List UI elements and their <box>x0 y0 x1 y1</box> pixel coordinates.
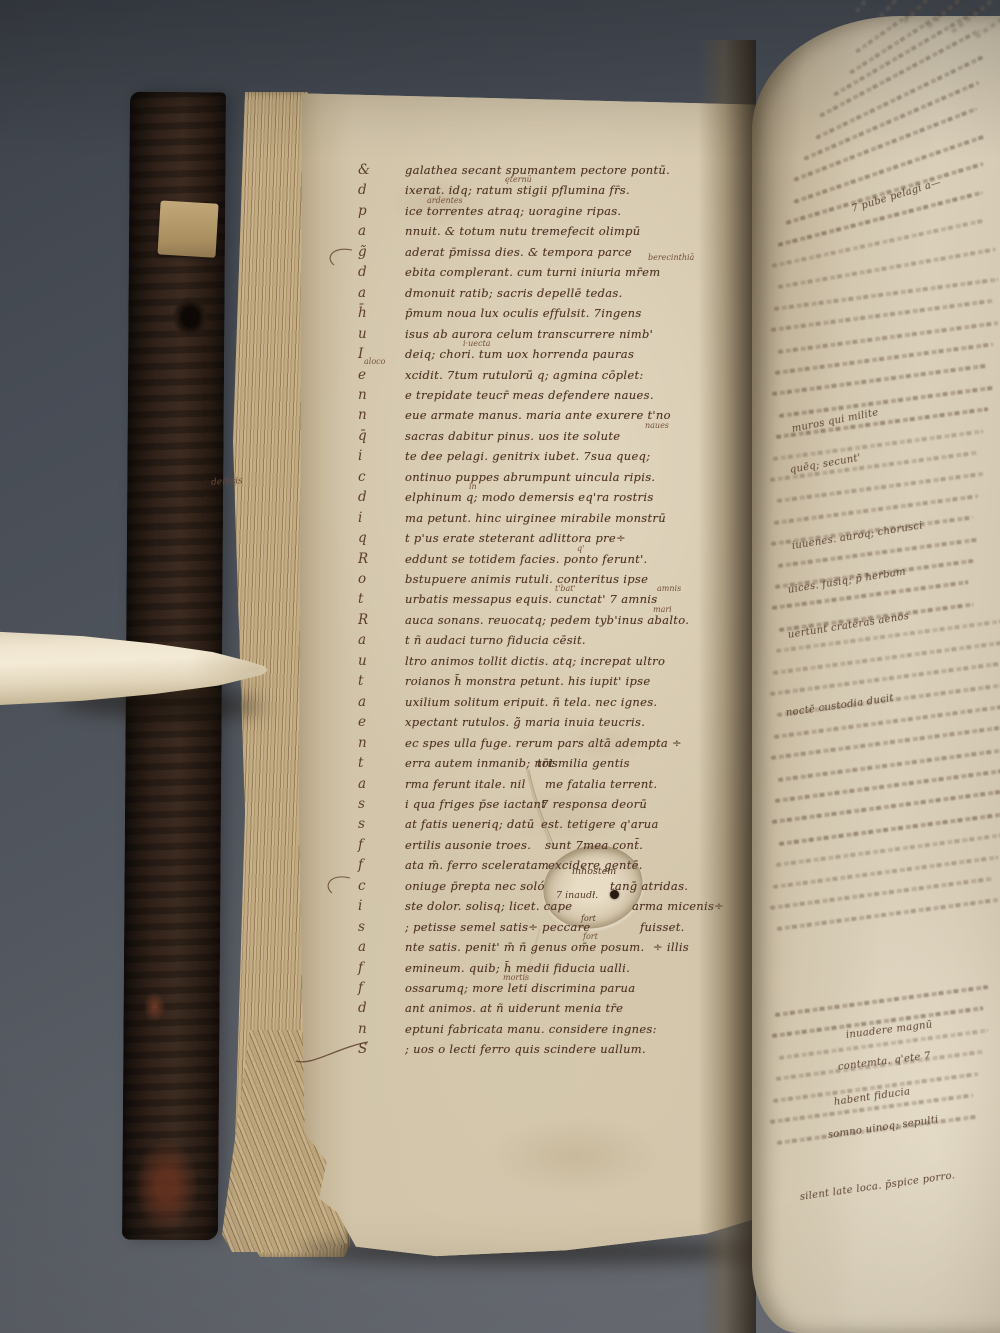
verse-initial: a <box>358 223 404 239</box>
interlinear-gloss: naues <box>645 421 669 430</box>
verse-text: ice torrentes atraq; uoragine ripas. <box>405 204 621 218</box>
verse-initial: i <box>358 448 404 464</box>
verse-text: ontinuo puppes abrumpunt uincula ripis. <box>405 470 655 484</box>
verse-text: deiq; chori. tum uox horrenda pauras <box>405 347 634 361</box>
verse-text-after-flaw: fuisset. <box>640 920 685 934</box>
verse-initial: n <box>358 1021 404 1037</box>
verse-text: ata m̄. ferro sceleratam <box>405 858 549 872</box>
verse-initial: c <box>358 469 404 485</box>
verse-initial: S <box>358 1041 404 1057</box>
verse-initial: d <box>358 264 404 280</box>
manuscript-photo: &galathea secant spumantem pectore pontū… <box>0 0 1000 1333</box>
verse-text: nnuit. & totum nutu tremefecit olimpū <box>405 224 641 238</box>
verse-text-after-flaw: ÷ illis <box>653 940 689 954</box>
verse-initial: a <box>358 939 404 955</box>
leather-remnant <box>134 1140 199 1232</box>
verse-initial: i <box>358 510 404 526</box>
verse-text: rma ferunt itale. nil <box>405 777 526 791</box>
verse-initial: t <box>358 673 404 689</box>
verse-text-after-flaw: me fatalia terrent. <box>545 777 657 791</box>
verse-initial: s <box>358 919 404 935</box>
verse-text: ; petisse semel satis÷ peccare <box>405 920 590 934</box>
verse-text: at fatis ueneriq; datū <box>405 817 534 831</box>
verse-text: ste dolor. solisq; licet. cape <box>405 899 572 913</box>
verse-text: bstupuere animis rutuli. conteritus ipse <box>405 572 648 586</box>
verse-initial: s <box>358 796 404 812</box>
verse-text: e trepidate teucr̄ meas defendere naues. <box>405 388 654 402</box>
verse-initial: R <box>358 612 404 628</box>
verse-text: ant animos. at ñ uiderunt menia tr̄e <box>405 1001 623 1015</box>
verse-text: uxilium solitum eripuit. ñ tela. nec ign… <box>405 695 657 709</box>
verse-initial: q <box>358 530 404 546</box>
verse-initial: o <box>358 571 404 587</box>
hole-gloss: inhostem <box>572 866 616 877</box>
verse-initial: & <box>358 162 404 178</box>
verse-initial: a <box>358 776 404 792</box>
verse-text: sacras dabitur pinus. uos ite solute <box>405 429 620 443</box>
verse-text: nte satis. penit' m̄ ñ genus om̄e posum. <box>405 940 644 954</box>
verse-initial: n <box>358 407 404 423</box>
interlinear-gloss: i·uecta <box>463 339 490 348</box>
verse-text: elphinum q; modo demersis eq'ra rostris <box>405 490 654 504</box>
verse-initial: f <box>358 857 404 873</box>
verse-text: urbatis messapus equis. cunctat' 7 amnis <box>405 592 657 606</box>
verse-text: t ñ audaci turno fiducia cēsit. <box>405 633 586 647</box>
interlinear-gloss: mortis <box>503 973 529 982</box>
verse-text: ; uos o lecti ferro quis scindere uallum… <box>405 1042 646 1056</box>
verse-initial: u <box>358 653 404 669</box>
spine-repair-patch <box>158 200 219 257</box>
interlinear-gloss: t'bat' <box>555 584 576 593</box>
verse-text: aderat p̄missa dies. & tempora parce <box>405 245 632 259</box>
verse-initial: n <box>358 387 404 403</box>
interlinear-gloss: berecinthiā <box>648 253 694 262</box>
verse-text: erra autem inmanib; nr̄is <box>405 756 558 770</box>
verse-initial: d <box>358 1000 404 1016</box>
verse-initial: f <box>358 837 404 853</box>
interlinear-gloss: mari <box>653 605 672 614</box>
verse-initial: t <box>358 591 404 607</box>
verse-text: te dee pelagi. genitrix iubet. 7sua queq… <box>405 449 650 463</box>
verse-initial: u <box>358 326 404 342</box>
hole-gloss: fort <box>581 914 596 923</box>
gutter-shadow <box>698 40 756 1333</box>
verse-text: ma petunt. hinc uirginee mirabile monstr… <box>405 511 666 525</box>
verse-initial: d <box>358 489 404 505</box>
verse-initial: a <box>358 694 404 710</box>
wormhole-dot <box>610 890 619 899</box>
verse-text-after-flaw: tot milia gentis <box>537 756 630 770</box>
verse-initial: R <box>358 551 404 567</box>
margin-note: dem̄sis <box>211 476 243 488</box>
verse-text: galathea secant spumantem pectore pontū. <box>405 163 670 177</box>
verse-text: ltro animos tollit dictis. atq; increpat… <box>405 654 665 668</box>
verse-text: xpectant rutulos. g̃ maria inuia teucris… <box>405 715 645 729</box>
verse-initial: f <box>358 980 404 996</box>
verse-initial: c <box>358 878 404 894</box>
interlinear-gloss: ęternū <box>505 175 532 184</box>
verse-initial: e <box>358 367 404 383</box>
verse-text: t p'us erate steterant adlittora pre÷ <box>405 531 626 545</box>
verse-text: xcidit. 7tum rutulorū q; agmina cōplet: <box>405 368 644 382</box>
verse-initial: f <box>358 960 404 976</box>
hole-gloss: 7 inaudł. <box>556 890 598 901</box>
verse-initial: h̄ <box>358 305 404 321</box>
interlinear-gloss: q' <box>577 544 584 553</box>
verse-text: roianos h̄ monstra petunt. his iupit' ip… <box>405 674 650 688</box>
verse-text: eue armate manus. maria ante exurere t'n… <box>405 408 671 422</box>
right-page-vellum <box>752 16 1000 1333</box>
interlinear-gloss: amnis <box>657 584 681 593</box>
verse-text: eddunt se totidem facies. ponto ferunt'. <box>405 552 648 566</box>
spine-wormhole <box>172 296 208 338</box>
verse-text: ossarumq; more leti discrimina parua <box>405 981 635 995</box>
verse-text-after-flaw: est. tetigere q'arua <box>541 817 659 831</box>
verse-text: dmonuit ratib; sacris depellē tedas. <box>405 286 623 300</box>
verse-initial: d <box>358 182 404 198</box>
interlinear-gloss: in <box>469 482 477 491</box>
verse-initial: a <box>358 285 404 301</box>
verse-text: ertilis ausonie troes. <box>405 838 531 852</box>
verse-text: eptuni fabricata manu. considere ingnes: <box>405 1022 657 1036</box>
verse-initial: n <box>358 735 404 751</box>
verse-initial: t <box>358 755 404 771</box>
verse-initial: g̃ <box>358 244 404 260</box>
verse-text-after-flaw: tanḡ atridas. <box>610 879 688 893</box>
verse-initial: p <box>358 203 404 219</box>
interlinear-gloss: ardentes <box>427 196 463 205</box>
verse-text-after-flaw: sunt 7mea cont̄. <box>545 838 643 852</box>
verse-initial: e <box>358 714 404 730</box>
verse-text-after-flaw: 7 responsa deorū <box>541 797 647 811</box>
verse-initial: s <box>358 816 404 832</box>
verse-text: ebita complerant. cum turni iniuria mr̄e… <box>405 265 660 279</box>
interlinear-gloss: fort <box>583 932 598 941</box>
verse-initial: i <box>358 898 404 914</box>
leather-remnant <box>144 992 166 1022</box>
verse-initial: q̄ <box>358 428 404 444</box>
verse-initial: a <box>358 632 404 648</box>
verse-text: p̄mum noua lux oculis effulsit. 7ingens <box>405 306 642 320</box>
verse-text: i qua friges p̄se iactant <box>405 797 546 811</box>
verse-text: ec spes ulla fuge. rerum pars altā ademp… <box>405 736 682 750</box>
initial-gloss: aloco <box>364 357 385 366</box>
verse-text: isus ab aurora celum transcurrere nimb' <box>405 327 653 341</box>
verse-text: auca sonans. reuocatq; pedem tyb'inus ab… <box>405 613 689 627</box>
verse-text: oniuge p̄repta nec soló <box>405 879 545 893</box>
